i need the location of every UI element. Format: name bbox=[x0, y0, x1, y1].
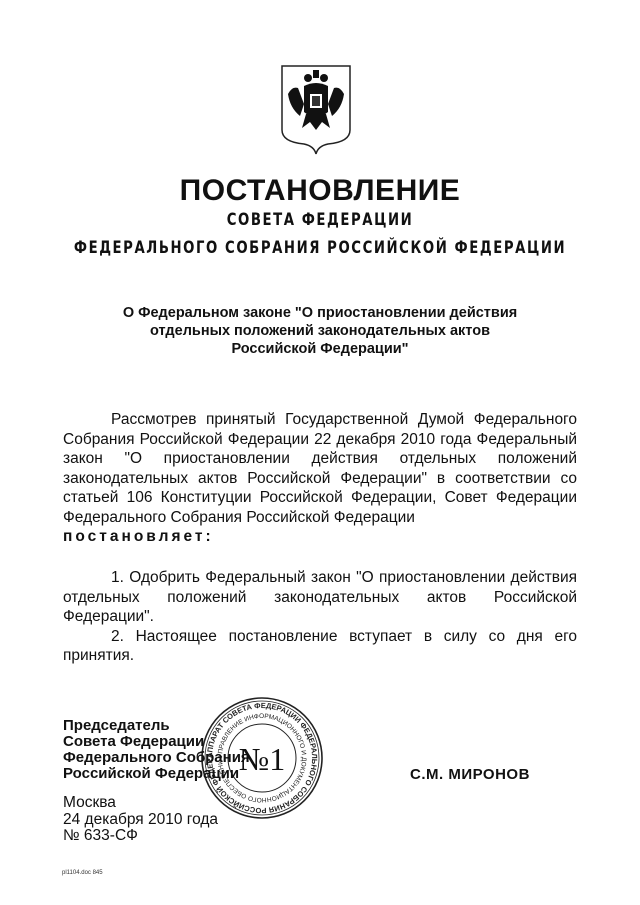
preamble: Рассмотрев принятый Государственной Думо… bbox=[63, 410, 577, 547]
issue-date: 24 декабря 2010 года bbox=[63, 812, 218, 829]
file-footer: pl1104.doc 845 bbox=[62, 870, 103, 876]
decision-item-2: 2. Настоящее постановление вступает в си… bbox=[63, 627, 577, 666]
resolves-word: постановляет: bbox=[63, 527, 577, 547]
position-line-1: Председатель bbox=[63, 718, 250, 734]
subject-line-3: Российской Федерации" bbox=[80, 340, 560, 358]
decisions-list: 1. Одобрить Федеральный закон "О приоста… bbox=[63, 568, 577, 666]
issuer-line-1: СОВЕТА ФЕДЕРАЦИИ bbox=[70, 210, 569, 230]
subject-line-1: О Федеральном законе "О приостановлении … bbox=[80, 304, 560, 322]
issuer-line-2: ФЕДЕРАЛЬНОГО СОБРАНИЯ РОССИЙСКОЙ ФЕДЕРАЦ… bbox=[70, 238, 569, 258]
position-line-2: Совета Федерации bbox=[63, 734, 250, 750]
position-line-3: Федерального Собрания bbox=[63, 750, 250, 766]
document-title: ПОСТАНОВЛЕНИЕ bbox=[0, 174, 640, 208]
document-subject: О Федеральном законе "О приостановлении … bbox=[80, 304, 560, 358]
preamble-text: Рассмотрев принятый Государственной Думо… bbox=[63, 410, 577, 527]
decision-item-1: 1. Одобрить Федеральный закон "О приоста… bbox=[63, 568, 577, 627]
signatory-name: С.М. МИРОНОВ bbox=[410, 766, 530, 783]
issue-details: Москва 24 декабря 2010 года № 633-СФ bbox=[63, 795, 218, 845]
issue-number: № 633-СФ bbox=[63, 828, 218, 845]
coat-of-arms-icon bbox=[278, 64, 354, 156]
signatory-position: Председатель Совета Федерации Федерально… bbox=[63, 718, 250, 782]
subject-line-2: отдельных положений законодательных акто… bbox=[80, 322, 560, 340]
position-line-4: Российской Федерации bbox=[63, 766, 250, 782]
issue-city: Москва bbox=[63, 795, 218, 812]
